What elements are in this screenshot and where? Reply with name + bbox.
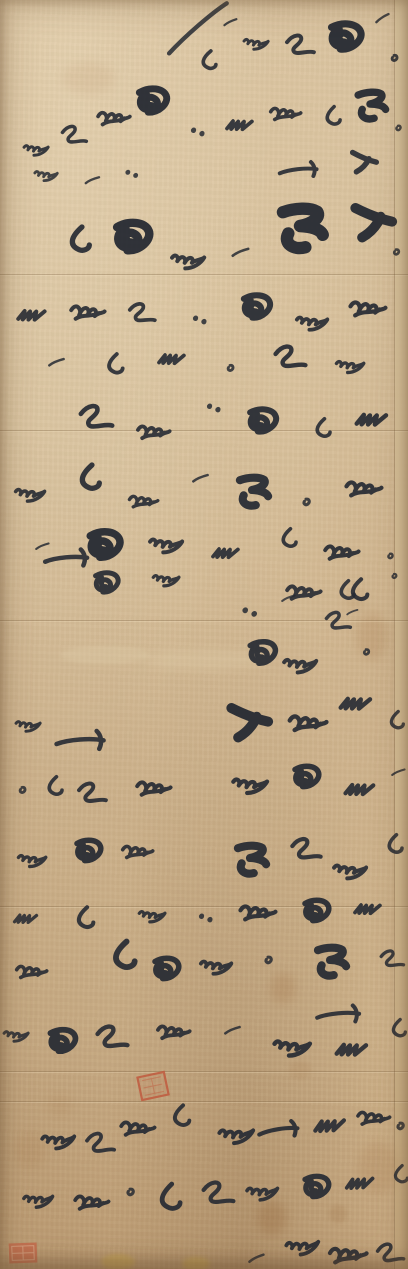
ink-glyph [329, 1244, 367, 1263]
ink-glyph [78, 782, 106, 804]
age-stain [101, 1254, 135, 1269]
age-stain [289, 1061, 311, 1079]
ink-glyph [4, 1029, 29, 1042]
ink-glyph [201, 959, 233, 975]
age-stain [182, 1257, 210, 1269]
ink-glyph [336, 359, 364, 374]
ink-glyph [353, 149, 378, 172]
ink-glyph [139, 909, 166, 923]
ink-glyph [318, 946, 347, 976]
ink-glyph [266, 957, 271, 963]
ink-glyph [80, 404, 112, 430]
ink-glyph [355, 202, 394, 238]
ink-glyph [192, 129, 203, 135]
ink-glyph [270, 105, 301, 120]
ink-glyph [86, 1131, 114, 1154]
ink-glyph [16, 487, 46, 503]
ink-glyph [304, 1175, 330, 1198]
age-stain [329, 1205, 347, 1223]
ink-glyph [225, 1027, 240, 1033]
ink-glyph [258, 1120, 298, 1139]
ink-glyph [325, 106, 340, 125]
ink-glyph [228, 365, 233, 370]
ink-glyph [16, 719, 41, 732]
ink-glyph [394, 250, 398, 255]
ink-glyph [249, 408, 277, 433]
ink-glyph [71, 303, 105, 320]
ink-glyph [346, 478, 382, 495]
ink-glyph [286, 34, 314, 56]
ink-glyph [193, 475, 208, 481]
ink-glyph [317, 1005, 360, 1022]
ink-glyph [243, 293, 272, 318]
ink-glyph [219, 1125, 255, 1145]
ink-glyph [381, 949, 404, 968]
ink-glyph [98, 108, 131, 125]
ink-glyph [95, 571, 120, 593]
ink-glyph [358, 90, 387, 120]
ink-glyph [286, 1237, 320, 1257]
ink-glyph [150, 536, 183, 553]
ink-glyph [77, 907, 94, 928]
ink-glyph [62, 125, 87, 145]
ink-glyph [244, 38, 269, 51]
artist-seal [137, 1072, 168, 1100]
ink-glyph [17, 309, 45, 321]
ink-glyph [172, 252, 205, 269]
ink-glyph [388, 834, 403, 853]
ink-glyph [392, 770, 405, 775]
ink-glyph [70, 226, 90, 251]
ink-glyph [398, 1123, 403, 1129]
ink-glyph [200, 915, 211, 921]
ink-glyph [244, 609, 256, 615]
ink-glyph [334, 862, 367, 879]
ink-glyph [388, 554, 392, 558]
ink-glyph [208, 405, 219, 411]
ink-glyph [108, 353, 124, 373]
paper-seam-layer [0, 0, 408, 1269]
ink-glyph [375, 14, 390, 22]
ink-glyph [48, 776, 63, 795]
ink-glyph [232, 249, 248, 256]
ink-glyph [203, 1180, 234, 1205]
ink-glyph [358, 1109, 390, 1125]
ink-glyph [137, 779, 171, 796]
ink-glyph [153, 573, 180, 587]
age-stain [257, 1201, 287, 1235]
ink-glyph [354, 903, 380, 915]
ink-glyph [139, 87, 169, 114]
brush-stroke-layer [4, 0, 408, 1264]
ink-glyph [350, 298, 386, 315]
ink-glyph [284, 656, 318, 674]
ink-glyph [316, 418, 331, 437]
ink-glyph [76, 839, 102, 862]
ink-glyph [80, 464, 100, 489]
ink-glyph [356, 413, 387, 427]
ink-glyph [345, 783, 374, 796]
ink-glyph [314, 1118, 345, 1134]
ink-glyph [226, 119, 252, 131]
calligraphy-scroll [0, 0, 408, 1269]
ink-glyph [24, 143, 49, 156]
ink-glyph [49, 359, 64, 365]
ink-glyph [158, 353, 184, 365]
ink-glyph [24, 1192, 55, 1209]
ink-glyph [129, 493, 158, 507]
ink-glyph [97, 1024, 128, 1049]
ink-glyph [158, 1023, 190, 1039]
ink-glyph [224, 19, 237, 25]
ink-glyph [249, 1255, 264, 1262]
age-stain [62, 62, 114, 94]
age-stain [270, 973, 296, 1003]
ink-glyph [240, 476, 269, 506]
ink-glyph [114, 941, 135, 969]
ink-glyph [42, 1131, 76, 1150]
ink-glyph [340, 697, 371, 711]
ink-glyph [127, 171, 137, 177]
ink-writing-layer [0, 0, 408, 1269]
ink-glyph [275, 344, 306, 369]
ink-glyph [331, 22, 363, 50]
ink-glyph [297, 315, 329, 331]
ink-glyph [283, 207, 324, 250]
ink-glyph [128, 1189, 133, 1195]
ink-glyph [14, 913, 37, 923]
ink-glyph [240, 902, 276, 919]
ink-glyph [85, 177, 99, 183]
ink-glyph [18, 853, 46, 868]
ink-glyph [304, 899, 330, 922]
ink-glyph [35, 170, 58, 182]
ink-glyph [249, 640, 277, 665]
ink-glyph [289, 712, 327, 730]
ink-glyph [116, 221, 151, 252]
ink-glyph [282, 528, 297, 547]
age-stain [145, 650, 265, 670]
ink-glyph [75, 1193, 109, 1210]
ink-glyph [292, 837, 321, 860]
ink-glyph [247, 1184, 279, 1202]
ink-glyph [121, 1119, 155, 1136]
ink-glyph [129, 302, 155, 322]
ink-glyph [238, 844, 267, 874]
ink-glyph [154, 957, 180, 980]
collector-seal [9, 1243, 38, 1264]
ink-glyph [169, 0, 227, 57]
ink-glyph [325, 543, 359, 560]
age-stain [356, 612, 388, 660]
ink-glyph [396, 126, 400, 130]
ink-glyph [212, 547, 238, 559]
ink-glyph [20, 787, 25, 792]
ink-glyph [160, 1183, 181, 1210]
ink-glyph [50, 1028, 77, 1052]
ink-glyph [304, 499, 309, 505]
ink-glyph [274, 1038, 311, 1057]
ink-glyph [36, 544, 49, 549]
ink-glyph [45, 549, 88, 566]
age-stain [60, 646, 150, 664]
ink-glyph [233, 776, 268, 794]
ink-glyph [231, 702, 270, 738]
ink-glyph [279, 162, 317, 178]
ink-glyph [56, 731, 103, 750]
ink-glyph [294, 765, 320, 788]
ink-glyph [194, 317, 205, 323]
ink-glyph [89, 530, 121, 559]
ink-glyph [390, 711, 404, 729]
ink-glyph [16, 963, 47, 978]
age-stain [48, 1095, 72, 1115]
ink-glyph [122, 843, 153, 858]
ink-glyph [202, 51, 216, 70]
ink-glyph [173, 1105, 190, 1126]
ink-glyph [336, 1043, 367, 1057]
ink-glyph [377, 1241, 404, 1263]
